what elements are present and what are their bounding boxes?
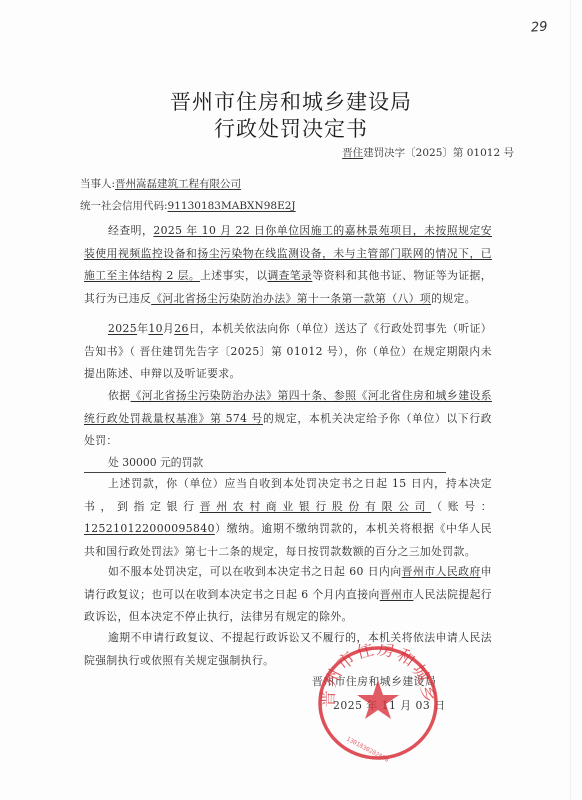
- agency-title: 晋州市住房和城乡建设局: [0, 86, 582, 116]
- handwritten-page-number: 29: [530, 19, 548, 35]
- notice-year-suffix: 年: [137, 322, 148, 335]
- payment-paragraph: 上述罚款，你（单位）应当自收到本处罚决定书之日起 15 日内，持本决定书，到指定…: [84, 473, 492, 563]
- notice-year: 2025: [108, 322, 137, 335]
- signature-date: 2025 年 11 月 03 日: [333, 698, 446, 713]
- basis-lead: 依据: [108, 389, 131, 402]
- payment-account-number: 125210122000095840: [84, 522, 215, 535]
- appeal-paragraph: 如不服本处罚决定，可以在收到本决定书之日起 60 日内向晋州市人民政府申请行政复…: [84, 561, 492, 629]
- penalty-line: 处 30000 元的罚款: [84, 455, 446, 473]
- facts-evidence: 调查笔录: [267, 269, 312, 282]
- document-number-rest: 建罚决字〔2025〕第 01012 号: [363, 147, 514, 159]
- appeal-court-city: 晋州市: [380, 588, 414, 601]
- credit-code-value: 91130183MABXN98E2J: [168, 200, 296, 212]
- notice-paragraph: 2025年10月26日，本机关依法向你（单位）送达了《行政处罚事先（听证）告知书…: [84, 318, 492, 386]
- party-name-field: 当事人:晋州嵩磊建筑工程有限公司: [80, 176, 241, 191]
- document-number-prefix: 晋住: [342, 147, 363, 159]
- facts-regulation: 《河北省扬尘污染防治办法》第十一条第一款第（八）项: [151, 292, 431, 305]
- facts-paragraph: 经查明，2025 年 10 月 22 日你单位因施工的嘉林景苑项目，未按照规定安…: [84, 220, 492, 310]
- enforcement-paragraph: 逾期不申请行政复议、不提起行政诉讼又不履行的，本机关将依法申请人民法院强制执行或…: [84, 627, 492, 672]
- payment-account-close: ）: [215, 522, 227, 535]
- document-number: 晋住建罚决字〔2025〕第 01012 号: [342, 145, 514, 160]
- payment-account-label: （账号：: [431, 500, 492, 513]
- party-name-label: 当事人:: [80, 178, 115, 190]
- basis-paragraph: 依据《河北省扬尘污染防治办法》第四十条、参照《河北省住房和城乡建设系统行政处罚裁…: [84, 385, 492, 453]
- payment-bank: 晋州农村商业银行股份有限公司: [200, 500, 431, 513]
- facts-text: 的规定。: [431, 292, 476, 305]
- credit-code-label: 统一社会信用代码:: [80, 200, 168, 212]
- facts-lead: 经查明，: [108, 224, 153, 237]
- facts-text: 上述事实，以: [200, 269, 267, 282]
- signer-name: 晋州市住房和城乡建设局: [312, 674, 436, 689]
- appeal-text: 如不服本处罚决定，可以在收到本决定书之日起 60 日内向: [108, 565, 402, 578]
- notice-month-suffix: 月: [163, 322, 174, 335]
- document-type-title: 行政处罚决定书: [0, 113, 582, 143]
- notice-month: 10: [148, 322, 163, 335]
- credit-code-field: 统一社会信用代码:91130183MABXN98E2J: [80, 198, 296, 213]
- seal-serial: 1301830202058: [345, 736, 390, 762]
- appeal-government: 晋州市人民政府: [402, 565, 481, 578]
- party-name-value: 晋州嵩磊建筑工程有限公司: [115, 178, 241, 190]
- notice-day: 26: [174, 322, 189, 335]
